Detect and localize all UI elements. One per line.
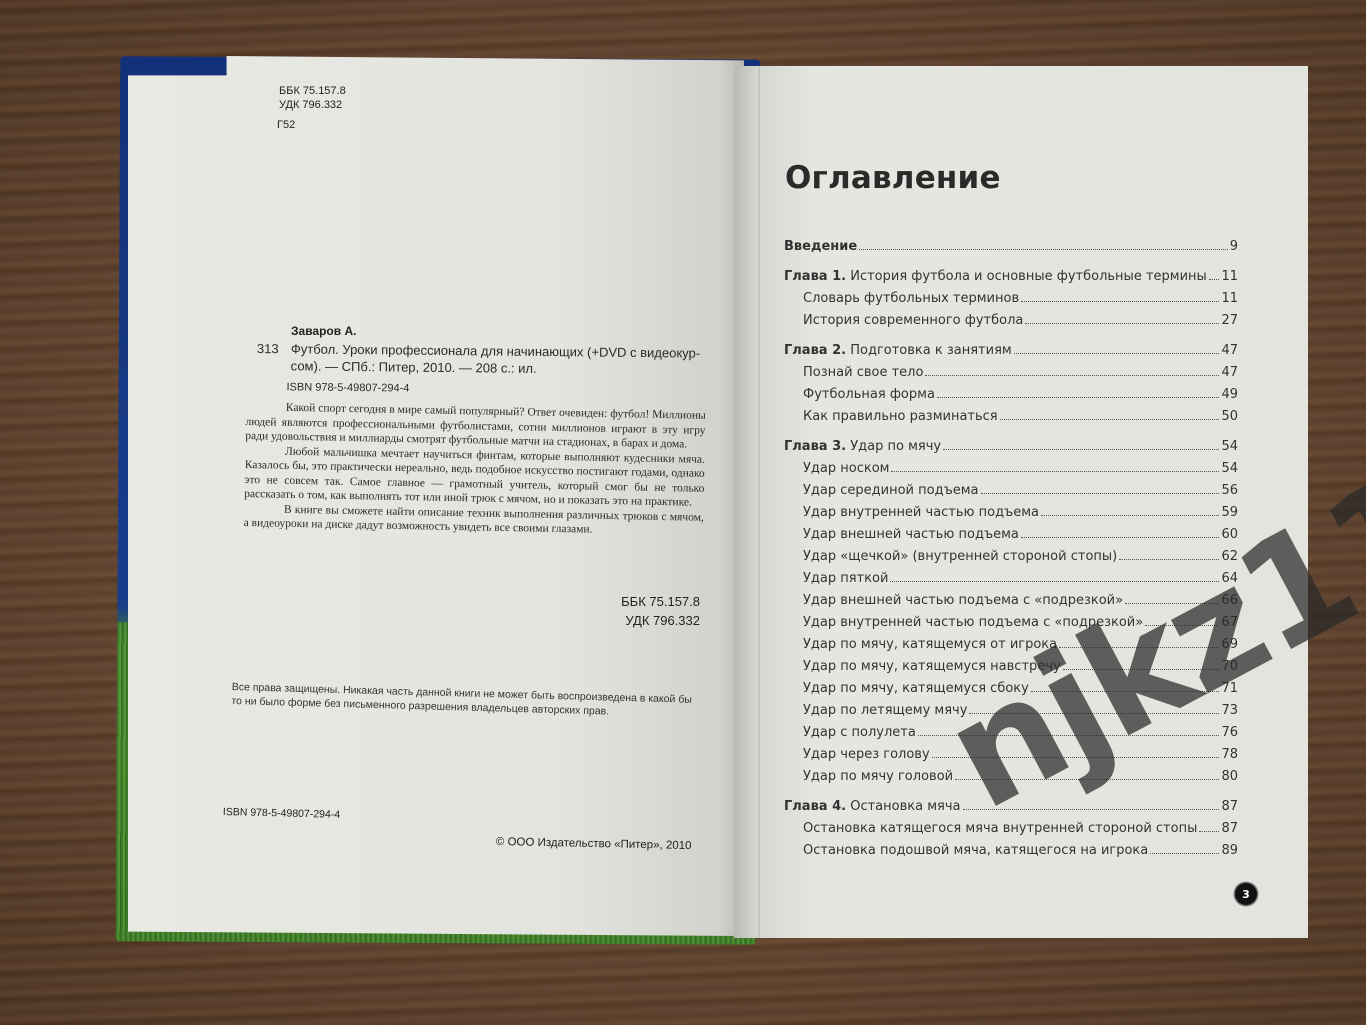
toc-entry-label: Удар по мячу головой xyxy=(784,769,953,784)
toc-entry-label: Глава 4. Остановка мяча xyxy=(784,799,961,814)
toc-entry-label: Введение xyxy=(784,239,857,254)
toc-page-number: 80 xyxy=(1221,769,1238,784)
toc-leader-dots xyxy=(890,581,1219,582)
toc-page-number: 87 xyxy=(1221,821,1238,836)
toc-leader-dots xyxy=(1119,559,1219,560)
toc-entry-label: Как правильно разминаться xyxy=(784,409,998,424)
toc-entry-title: Удар внутренней частью подъема xyxy=(803,505,1039,520)
toc-entry-title: История современного футбола xyxy=(803,313,1023,328)
bottom-classification-codes: ББК 75.157.8 УДК 796.332 xyxy=(560,592,700,630)
toc-entry-label: Остановка подошвой мяча, катящегося на и… xyxy=(784,843,1148,858)
toc-section-entry: Удар внешней частью подъема с «подрезкой… xyxy=(784,586,1238,608)
toc-leader-dots xyxy=(1063,669,1220,670)
toc-entry-label: Удар по мячу, катящемуся от игрока xyxy=(784,637,1057,652)
toc-leader-dots xyxy=(918,735,1220,736)
toc-leader-dots xyxy=(1021,301,1219,302)
toc-entry-label: Удар с полулета xyxy=(784,725,916,740)
toc-leader-dots xyxy=(1199,831,1219,832)
toc-entry-label: Удар внешней частью подъема с «подрезкой… xyxy=(784,593,1123,608)
bibliographic-record: 313Футбол. Уроки профессионала для начин… xyxy=(256,340,727,399)
toc-entry-title: Удар пяткой xyxy=(803,571,888,586)
toc-section-entry: Удар пяткой64 xyxy=(784,564,1238,586)
toc-section-entry: Футбольная форма49 xyxy=(784,380,1238,402)
toc-section-entry: Удар через голову78 xyxy=(784,740,1238,762)
toc-leader-dots xyxy=(1125,603,1219,604)
toc-entry-title: Удар серединой подъема xyxy=(803,483,979,498)
toc-section-entry: Удар «щечкой» (внутренней стороной стопы… xyxy=(784,542,1238,564)
toc-section-entry: Удар по мячу головой80 xyxy=(784,762,1238,784)
toc-leader-dots xyxy=(1031,691,1220,692)
toc-chapter-entry: Глава 4. Остановка мяча87 xyxy=(784,792,1238,814)
toc-entry-label: История современного футбола xyxy=(784,313,1023,328)
toc-page-number: 49 xyxy=(1221,387,1238,402)
toc-page-number: 71 xyxy=(1221,681,1238,696)
toc-section-entry: Познай свое тело47 xyxy=(784,358,1238,380)
toc-entry-title: Удар с полулета xyxy=(803,725,916,740)
toc-page-number: 11 xyxy=(1221,269,1238,284)
toc-section-entry: Словарь футбольных терминов11 xyxy=(784,284,1238,306)
toc-section-entry: Удар с полулета76 xyxy=(784,718,1238,740)
toc-entry-label: Удар внутренней частью подъема с «подрез… xyxy=(784,615,1143,630)
toc-leader-dots xyxy=(969,713,1219,714)
toc-page-number: 89 xyxy=(1221,843,1238,858)
author-name: Заваров А. xyxy=(291,324,356,338)
toc-page-number: 60 xyxy=(1221,527,1238,542)
toc-chapter-entry: Глава 3. Удар по мячу54 xyxy=(784,432,1238,454)
toc-entry-title: Удар внешней частью подъема xyxy=(803,527,1019,542)
toc-section-entry: Остановка подошвой мяча, катящегося на и… xyxy=(784,836,1238,858)
toc-leader-dots xyxy=(943,449,1219,450)
toc-page-number: 62 xyxy=(1221,549,1238,564)
top-classification-codes: ББК 75.157.8 УДК 796.332 Г52 xyxy=(279,84,346,132)
toc-section-entry: Удар по мячу, катящемуся от игрока69 xyxy=(784,630,1238,652)
bbk-code: ББК 75.157.8 xyxy=(279,84,346,98)
toc-entry-label: Словарь футбольных терминов xyxy=(784,291,1019,306)
table-of-contents: Введение9Глава 1. История футбола и осно… xyxy=(784,232,1238,858)
toc-page-number: 78 xyxy=(1221,747,1238,762)
toc-entry-title: Как правильно разминаться xyxy=(803,409,998,424)
toc-page-number: 69 xyxy=(1221,637,1238,652)
toc-entry-title: Удар по летящему мячу xyxy=(803,703,967,718)
toc-section-entry: Как правильно разминаться50 xyxy=(784,402,1238,424)
toc-entry-label: Удар «щечкой» (внутренней стороной стопы… xyxy=(784,549,1117,564)
toc-section-entry: Удар по мячу, катящемуся навстречу70 xyxy=(784,652,1238,674)
toc-entry-label: Познай свое тело xyxy=(784,365,923,380)
toc-page-number: 73 xyxy=(1221,703,1238,718)
toc-entry-label: Удар по мячу, катящемуся навстречу xyxy=(784,659,1061,674)
toc-chapter-entry: Глава 1. История футбола и основные футб… xyxy=(784,262,1238,284)
page-gutter xyxy=(758,66,760,938)
toc-entry-label: Удар через голову xyxy=(784,747,930,762)
toc-leader-dots xyxy=(955,779,1219,780)
toc-leader-dots xyxy=(1025,323,1219,324)
toc-leader-dots xyxy=(1145,625,1219,626)
toc-page-number: 70 xyxy=(1221,659,1238,674)
book-annotation: Какой спорт сегодня в мире самый популяр… xyxy=(243,400,705,539)
toc-entry-title: Удар «щечкой» (внутренней стороной стопы… xyxy=(803,549,1117,564)
toc-section-entry: Удар внутренней частью подъема59 xyxy=(784,498,1238,520)
toc-leader-dots xyxy=(1021,537,1220,538)
toc-entry-title: Удар через голову xyxy=(803,747,930,762)
toc-leader-dots xyxy=(963,809,1220,810)
toc-chapter-prefix: Глава 2. xyxy=(784,343,846,358)
toc-entry-title: Словарь футбольных терминов xyxy=(803,291,1019,306)
toc-leader-dots xyxy=(891,471,1219,472)
toc-page-number: 54 xyxy=(1221,439,1238,454)
toc-page-number: 76 xyxy=(1221,725,1238,740)
toc-entry-title: Остановка подошвой мяча, катящегося на и… xyxy=(803,843,1148,858)
toc-entry-label: Удар по летящему мячу xyxy=(784,703,967,718)
toc-section-entry: Удар носком54 xyxy=(784,454,1238,476)
toc-section-entry: История современного футбола27 xyxy=(784,306,1238,328)
toc-leader-dots xyxy=(932,757,1220,758)
toc-section-entry: Удар внутренней частью подъема с «подрез… xyxy=(784,608,1238,630)
toc-section-entry: Удар по мячу, катящемуся сбоку71 xyxy=(784,674,1238,696)
toc-entry-title: Удар носком xyxy=(803,461,889,476)
toc-title: Оглавление xyxy=(785,160,1001,196)
toc-page-number: 87 xyxy=(1221,799,1238,814)
toc-entry-title: Футбольная форма xyxy=(803,387,935,402)
toc-entry-label: Удар внутренней частью подъема xyxy=(784,505,1039,520)
author-mark: Г52 xyxy=(277,118,346,132)
toc-entry-label: Глава 3. Удар по мячу xyxy=(784,439,941,454)
toc-leader-dots xyxy=(981,493,1220,494)
toc-entry-title: Удар по мячу головой xyxy=(803,769,953,784)
toc-entry-title: Удар внутренней частью подъема с «подрез… xyxy=(803,615,1143,630)
udk-code: УДК 796.332 xyxy=(560,611,700,630)
toc-leader-dots xyxy=(925,375,1219,376)
page-number-badge: 3 xyxy=(1235,883,1257,905)
toc-chapter-entry: Глава 2. Подготовка к занятиям47 xyxy=(784,336,1238,358)
toc-entry-title: Удар по мячу xyxy=(846,439,941,454)
toc-entry-title: Познай свое тело xyxy=(803,365,923,380)
toc-section-entry: Удар внешней частью подъема60 xyxy=(784,520,1238,542)
toc-entry-label: Удар носком xyxy=(784,461,889,476)
toc-page-number: 67 xyxy=(1221,615,1238,630)
toc-page-number: 47 xyxy=(1221,343,1238,358)
toc-leader-dots xyxy=(937,397,1220,398)
toc-leader-dots xyxy=(1000,419,1220,420)
toc-chapter-prefix: Глава 3. xyxy=(784,439,846,454)
toc-chapter-prefix: Глава 4. xyxy=(784,799,846,814)
toc-entry-title: Остановка мяча xyxy=(846,799,960,814)
toc-chapter-prefix: Глава 1. xyxy=(784,269,846,284)
toc-entry-title: Остановка катящегося мяча внутренней сто… xyxy=(803,821,1197,836)
toc-section-entry: Остановка катящегося мяча внутренней сто… xyxy=(784,814,1238,836)
catalog-number: 313 xyxy=(257,340,291,357)
toc-entry-label: Удар внешней частью подъема xyxy=(784,527,1019,542)
toc-entry-label: Удар по мячу, катящемуся сбоку xyxy=(784,681,1029,696)
toc-page-number: 9 xyxy=(1230,239,1238,254)
toc-page-number: 27 xyxy=(1221,313,1238,328)
toc-leader-dots xyxy=(1014,353,1220,354)
toc-page-number: 59 xyxy=(1221,505,1238,520)
toc-section-entry: Удар серединой подъема56 xyxy=(784,476,1238,498)
toc-leader-dots xyxy=(1059,647,1219,648)
toc-entry-label: Остановка катящегося мяча внутренней сто… xyxy=(784,821,1197,836)
toc-entry-title: Подготовка к занятиям xyxy=(846,343,1012,358)
annotation-paragraph: Любой мальчишка мечтает научиться финтам… xyxy=(244,443,705,510)
toc-leader-dots xyxy=(1150,853,1219,854)
toc-entry-title: История футбола и основные футбольные те… xyxy=(846,269,1207,284)
toc-page-number: 56 xyxy=(1221,483,1238,498)
toc-page-number: 54 xyxy=(1221,461,1238,476)
toc-page-number: 64 xyxy=(1221,571,1238,586)
toc-page-number: 66 xyxy=(1221,593,1238,608)
toc-page-number: 47 xyxy=(1221,365,1238,380)
bbk-code: ББК 75.157.8 xyxy=(560,592,700,611)
toc-chapter-entry: Введение9 xyxy=(784,232,1238,254)
toc-page-number: 11 xyxy=(1221,291,1238,306)
udk-code: УДК 796.332 xyxy=(279,98,346,112)
toc-entry-label: Глава 1. История футбола и основные футб… xyxy=(784,269,1207,284)
toc-leader-dots xyxy=(859,249,1228,250)
toc-chapter-prefix: Введение xyxy=(784,239,857,254)
toc-leader-dots xyxy=(1209,279,1220,280)
toc-entry-label: Футбольная форма xyxy=(784,387,935,402)
toc-entry-title: Удар по мячу, катящемуся сбоку xyxy=(803,681,1029,696)
toc-entry-title: Удар внешней частью подъема с «подрезкой… xyxy=(803,593,1123,608)
toc-entry-label: Удар пяткой xyxy=(784,571,888,586)
toc-leader-dots xyxy=(1041,515,1219,516)
toc-entry-label: Удар серединой подъема xyxy=(784,483,979,498)
toc-page-number: 50 xyxy=(1221,409,1238,424)
toc-entry-label: Глава 2. Подготовка к занятиям xyxy=(784,343,1012,358)
toc-section-entry: Удар по летящему мячу73 xyxy=(784,696,1238,718)
toc-entry-title: Удар по мячу, катящемуся от игрока xyxy=(803,637,1057,652)
toc-entry-title: Удар по мячу, катящемуся навстречу xyxy=(803,659,1061,674)
